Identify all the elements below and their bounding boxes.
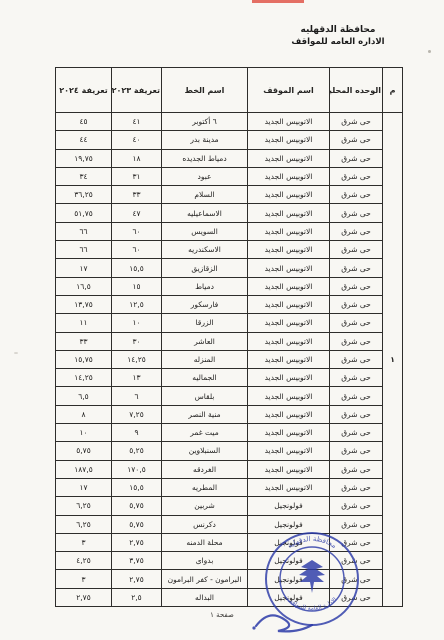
header-station-name: اسم الموقف xyxy=(248,68,330,113)
page-number: صفحة ١ xyxy=(192,611,252,619)
tariff-2024-cell: ١٤,٢٥ xyxy=(56,369,112,387)
line-cell: دمياط الجديده xyxy=(162,149,248,167)
line-cell: الاسكندريه xyxy=(162,241,248,259)
table-row: حى شرقالاتوبيس الجديدالغردقه١٧٠,٥١٨٧,٥ xyxy=(56,460,403,478)
tariff-2024-cell: ٥,٧٥ xyxy=(56,442,112,460)
table-row: حى شرقالاتوبيس الجديدالزقازيق١٥,٥١٧ xyxy=(56,259,403,277)
tariff-2024-cell: ١٧ xyxy=(56,478,112,496)
tariff-2023-cell: ٤٠ xyxy=(112,131,162,149)
table-row: حى شرقالاتوبيس الجديددمياط الجديده١٨١٩,٧… xyxy=(56,149,403,167)
table-header-row: م الوحده المحليه اسم الموقف اسم الخط تعر… xyxy=(56,68,403,113)
unit-cell: حى شرق xyxy=(330,113,383,131)
line-cell: السنبلاوين xyxy=(162,442,248,460)
table-row: حى شرقالاتوبيس الجديدالسلام٣٣٣٦,٢٥ xyxy=(56,186,403,204)
line-cell: المطريه xyxy=(162,478,248,496)
station-cell: فولونجيل xyxy=(248,570,330,588)
header-tariff-2023: تعريفة ٢٠٢٣ xyxy=(112,68,162,113)
tariff-2024-cell: ٣ xyxy=(56,570,112,588)
unit-cell: حى شرق xyxy=(330,478,383,496)
tariff-2023-cell: ١٤,٢٥ xyxy=(112,350,162,368)
tariff-2023-cell: ٥,٢٥ xyxy=(112,442,162,460)
tariff-2024-cell: ٤٤ xyxy=(56,131,112,149)
document-header: محافظة الدقهليه الاداره العامه للمواقف xyxy=(268,24,408,48)
governorate-title: محافظة الدقهليه xyxy=(268,24,408,36)
station-cell: الاتوبيس الجديد xyxy=(248,241,330,259)
table-row: حى شرقالاتوبيس الجديدالاسماعيليه٤٧٥١,٧٥ xyxy=(56,204,403,222)
tariff-2024-cell: ٦,٢٥ xyxy=(56,515,112,533)
unit-cell: حى شرق xyxy=(330,442,383,460)
tariff-2024-cell: ١٠ xyxy=(56,424,112,442)
line-cell: الزقازيق xyxy=(162,259,248,277)
unit-cell: حى شرق xyxy=(330,149,383,167)
tariff-2023-cell: ٦٠ xyxy=(112,222,162,240)
table-row: حى شرقالاتوبيس الجديدالجماليه١٣١٤,٢٥ xyxy=(56,369,403,387)
table-row: حى شرقالاتوبيس الجديدالمنزله١٤,٢٥١٥,٧٥ xyxy=(56,350,403,368)
line-cell: الجماليه xyxy=(162,369,248,387)
tariff-2024-cell: ١٧ xyxy=(56,259,112,277)
table-row: حى شرقفولونجيلمحلة الدمنه٢,٧٥٣ xyxy=(56,533,403,551)
unit-cell: حى شرق xyxy=(330,314,383,332)
unit-cell: حى شرق xyxy=(330,350,383,368)
station-cell: الاتوبيس الجديد xyxy=(248,259,330,277)
tariff-2023-cell: ١٢,٥ xyxy=(112,295,162,313)
unit-cell: حى شرق xyxy=(330,405,383,423)
table-row: حى شرقالاتوبيس الجديدميت غمر٩١٠ xyxy=(56,424,403,442)
unit-cell: حى شرق xyxy=(330,259,383,277)
line-cell: الغردقه xyxy=(162,460,248,478)
administration-title: الاداره العامه للمواقف xyxy=(268,36,408,48)
tariff-2024-cell: ٦,٢٥ xyxy=(56,497,112,515)
table-row: حى شرقالاتوبيس الجديدالسويس٦٠٦٦ xyxy=(56,222,403,240)
line-cell: شربين xyxy=(162,497,248,515)
tariff-2023-cell: ١٨ xyxy=(112,149,162,167)
station-cell: الاتوبيس الجديد xyxy=(248,113,330,131)
table-row: حى شرقفولونجيلالبداله٢,٥٢,٧٥ xyxy=(56,588,403,606)
unit-cell: حى شرق xyxy=(330,460,383,478)
tariff-2024-cell: ١٣,٧٥ xyxy=(56,295,112,313)
tariff-2024-cell: ٨ xyxy=(56,405,112,423)
table-row: حى شرقالاتوبيس الجديددمياط١٥١٦,٥ xyxy=(56,277,403,295)
table-row: ١حى شرقالاتوبيس الجديد٦ أكتوبر٤١٤٥ xyxy=(56,113,403,131)
line-cell: بدواى xyxy=(162,552,248,570)
unit-cell: حى شرق xyxy=(330,131,383,149)
unit-cell: حى شرق xyxy=(330,222,383,240)
table-row: حى شرقالاتوبيس الجديدمدينة بدر٤٠٤٤ xyxy=(56,131,403,149)
tariff-2024-cell: ٣ xyxy=(56,533,112,551)
line-cell: البرامون - كفر البرامون xyxy=(162,570,248,588)
line-cell: فارسكور xyxy=(162,295,248,313)
tariff-2023-cell: ٣١ xyxy=(112,167,162,185)
line-cell: الزرقا xyxy=(162,314,248,332)
tariff-2023-cell: ٧,٢٥ xyxy=(112,405,162,423)
unit-cell: حى شرق xyxy=(330,387,383,405)
unit-cell: حى شرق xyxy=(330,497,383,515)
tariff-2024-cell: ٦٦ xyxy=(56,222,112,240)
line-cell: السويس xyxy=(162,222,248,240)
line-cell: الاسماعيليه xyxy=(162,204,248,222)
table-row: حى شرقالاتوبيس الجديدالعاشر٣٠٣٣ xyxy=(56,332,403,350)
station-cell: الاتوبيس الجديد xyxy=(248,332,330,350)
line-cell: مدينة بدر xyxy=(162,131,248,149)
station-cell: الاتوبيس الجديد xyxy=(248,131,330,149)
unit-cell: حى شرق xyxy=(330,332,383,350)
tariff-2024-cell: ٣٤ xyxy=(56,167,112,185)
unit-cell: حى شرق xyxy=(330,424,383,442)
tariff-2024-cell: ١٦,٥ xyxy=(56,277,112,295)
station-cell: الاتوبيس الجديد xyxy=(248,405,330,423)
tariff-2023-cell: ١٧٠,٥ xyxy=(112,460,162,478)
tariff-2024-cell: ٢,٧٥ xyxy=(56,588,112,606)
table-row: حى شرقالاتوبيس الجديدالاسكندريه٦٠٦٦ xyxy=(56,241,403,259)
station-cell: الاتوبيس الجديد xyxy=(248,314,330,332)
tariff-2024-cell: ١٥,٧٥ xyxy=(56,350,112,368)
scan-speck xyxy=(428,50,431,53)
station-cell: الاتوبيس الجديد xyxy=(248,149,330,167)
tariff-2024-cell: ٣٦,٢٥ xyxy=(56,186,112,204)
line-cell: دكرنس xyxy=(162,515,248,533)
unit-cell: حى شرق xyxy=(330,241,383,259)
tariff-2024-cell: ٤٥ xyxy=(56,113,112,131)
tariff-2023-cell: ٢,٧٥ xyxy=(112,533,162,551)
header-tariff-2024: تعريفة ٢٠٢٤ xyxy=(56,68,112,113)
header-local-unit: الوحده المحليه xyxy=(330,68,383,113)
line-cell: دمياط xyxy=(162,277,248,295)
tariff-2024-cell: ٣٣ xyxy=(56,332,112,350)
station-cell: الاتوبيس الجديد xyxy=(248,204,330,222)
tariff-2024-cell: ١١ xyxy=(56,314,112,332)
unit-cell: حى شرق xyxy=(330,552,383,570)
tariff-2023-cell: ٢,٧٥ xyxy=(112,570,162,588)
tariff-2023-cell: ٩ xyxy=(112,424,162,442)
unit-cell: حى شرق xyxy=(330,515,383,533)
unit-cell: حى شرق xyxy=(330,295,383,313)
station-cell: فولونجيل xyxy=(248,515,330,533)
line-cell: عبود xyxy=(162,167,248,185)
table-row: حى شرقالاتوبيس الجديدفارسكور١٢,٥١٣,٧٥ xyxy=(56,295,403,313)
tariff-2023-cell: ٣,٧٥ xyxy=(112,552,162,570)
station-cell: الاتوبيس الجديد xyxy=(248,167,330,185)
tariff-2024-cell: ٦٦ xyxy=(56,241,112,259)
tariff-2023-cell: ٦٠ xyxy=(112,241,162,259)
unit-cell: حى شرق xyxy=(330,186,383,204)
table-row: حى شرقالاتوبيس الجديدالسنبلاوين٥,٢٥٥,٧٥ xyxy=(56,442,403,460)
table-row: حى شرقفولونجيلشربين٥,٧٥٦,٢٥ xyxy=(56,497,403,515)
unit-cell: حى شرق xyxy=(330,167,383,185)
tariff-2023-cell: ٥,٧٥ xyxy=(112,515,162,533)
tariff-2023-cell: ٣٣ xyxy=(112,186,162,204)
station-cell: الاتوبيس الجديد xyxy=(248,277,330,295)
station-cell: فولونجيل xyxy=(248,552,330,570)
station-cell: الاتوبيس الجديد xyxy=(248,460,330,478)
line-cell: محلة الدمنه xyxy=(162,533,248,551)
station-cell: فولونجيل xyxy=(248,588,330,606)
table-row: حى شرقالاتوبيس الجديدالزرقا١٠١١ xyxy=(56,314,403,332)
table-row: حى شرقفولونجيلالبرامون - كفر البرامون٢,٧… xyxy=(56,570,403,588)
tariff-2024-cell: ٦,٥ xyxy=(56,387,112,405)
tariff-2024-cell: ١٨٧,٥ xyxy=(56,460,112,478)
tariff-2024-cell: ٤,٢٥ xyxy=(56,552,112,570)
tariff-2023-cell: ١٣ xyxy=(112,369,162,387)
tariff-2023-cell: ٥,٧٥ xyxy=(112,497,162,515)
tariff-2023-cell: ٤١ xyxy=(112,113,162,131)
tariff-2023-cell: ٦ xyxy=(112,387,162,405)
station-cell: الاتوبيس الجديد xyxy=(248,222,330,240)
tariff-2023-cell: ٣٠ xyxy=(112,332,162,350)
line-cell: منية النصر xyxy=(162,405,248,423)
scanned-document-page: محافظة الدقهليه الاداره العامه للمواقف م… xyxy=(0,0,444,640)
table-row: حى شرقالاتوبيس الجديدبلقاس٦٦,٥ xyxy=(56,387,403,405)
tariff-2023-cell: ٢,٥ xyxy=(112,588,162,606)
unit-cell: حى شرق xyxy=(330,570,383,588)
station-cell: الاتوبيس الجديد xyxy=(248,350,330,368)
line-cell: بلقاس xyxy=(162,387,248,405)
unit-cell: حى شرق xyxy=(330,369,383,387)
tariff-2023-cell: ٤٧ xyxy=(112,204,162,222)
unit-cell: حى شرق xyxy=(330,204,383,222)
tariff-2023-cell: ١٥ xyxy=(112,277,162,295)
line-cell: العاشر xyxy=(162,332,248,350)
table-row: حى شرقفولونجيلبدواى٣,٧٥٤,٢٥ xyxy=(56,552,403,570)
tariff-2024-cell: ١٩,٧٥ xyxy=(56,149,112,167)
station-cell: الاتوبيس الجديد xyxy=(248,186,330,204)
header-index: م xyxy=(383,68,403,113)
station-cell: الاتوبيس الجديد xyxy=(248,295,330,313)
station-cell: الاتوبيس الجديد xyxy=(248,387,330,405)
station-cell: فولونجيل xyxy=(248,533,330,551)
station-cell: الاتوبيس الجديد xyxy=(248,424,330,442)
tariff-2023-cell: ١٥,٥ xyxy=(112,259,162,277)
table-row: حى شرقالاتوبيس الجديدعبود٣١٣٤ xyxy=(56,167,403,185)
station-cell: الاتوبيس الجديد xyxy=(248,442,330,460)
tariff-2024-cell: ٥١,٧٥ xyxy=(56,204,112,222)
table-row: حى شرقفولونجيلدكرنس٥,٧٥٦,٢٥ xyxy=(56,515,403,533)
table-row: حى شرقالاتوبيس الجديدمنية النصر٧,٢٥٨ xyxy=(56,405,403,423)
scan-speck xyxy=(14,352,18,354)
line-cell: السلام xyxy=(162,186,248,204)
header-line-name: اسم الخط xyxy=(162,68,248,113)
station-cell: فولونجيل xyxy=(248,497,330,515)
tariff-table: م الوحده المحليه اسم الموقف اسم الخط تعر… xyxy=(55,67,403,607)
line-cell: البداله xyxy=(162,588,248,606)
unit-cell: حى شرق xyxy=(330,277,383,295)
table-row: حى شرقالاتوبيس الجديدالمطريه١٥,٥١٧ xyxy=(56,478,403,496)
tariff-2023-cell: ١٠ xyxy=(112,314,162,332)
scan-red-artifact xyxy=(252,0,304,3)
station-cell: الاتوبيس الجديد xyxy=(248,478,330,496)
line-cell: ٦ أكتوبر xyxy=(162,113,248,131)
line-cell: المنزله xyxy=(162,350,248,368)
unit-cell: حى شرق xyxy=(330,588,383,606)
station-cell: الاتوبيس الجديد xyxy=(248,369,330,387)
tariff-2023-cell: ١٥,٥ xyxy=(112,478,162,496)
row-index-cell: ١ xyxy=(383,113,403,607)
unit-cell: حى شرق xyxy=(330,533,383,551)
line-cell: ميت غمر xyxy=(162,424,248,442)
